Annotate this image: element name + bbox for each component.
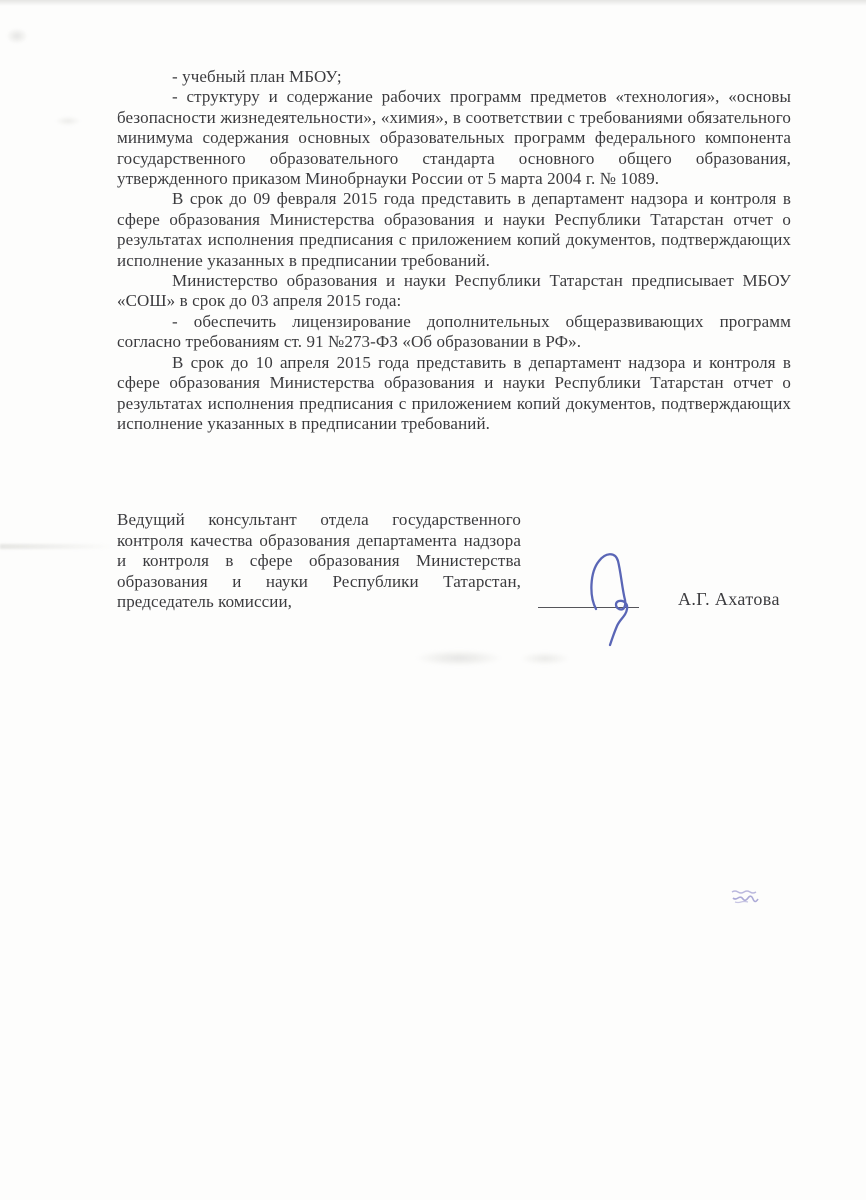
scan-smudge [415,650,503,666]
signatory-name: А.Г. Ахатова [678,589,780,610]
paragraph-ministry-prescribes: Министерство образования и науки Республ… [117,271,791,312]
scan-smudge [520,652,570,665]
faint-ink-mark [729,886,765,908]
paragraph-deadline-february: В срок до 09 февраля 2015 года представи… [117,189,791,271]
paragraph-deadline-april: В срок до 10 апреля 2015 года представит… [117,353,791,435]
scan-dust-speck [6,28,28,44]
signatory-title: Ведущий консультант отдела государственн… [117,510,521,613]
paragraph-curriculum-plan: - учебный план МБОУ; [117,67,791,87]
paragraph-program-structure: - структуру и содержание рабочих програм… [117,87,791,189]
scanned-document-page: - учебный план МБОУ; - структуру и содер… [0,0,866,1200]
scan-dust-speck [55,116,81,126]
paragraph-licensing-requirement: - обеспечить лицензирование дополнительн… [117,312,791,353]
scan-crease [0,544,112,549]
document-body: - учебный план МБОУ; - структуру и содер… [117,67,791,434]
handwritten-signature-icon [572,548,656,650]
